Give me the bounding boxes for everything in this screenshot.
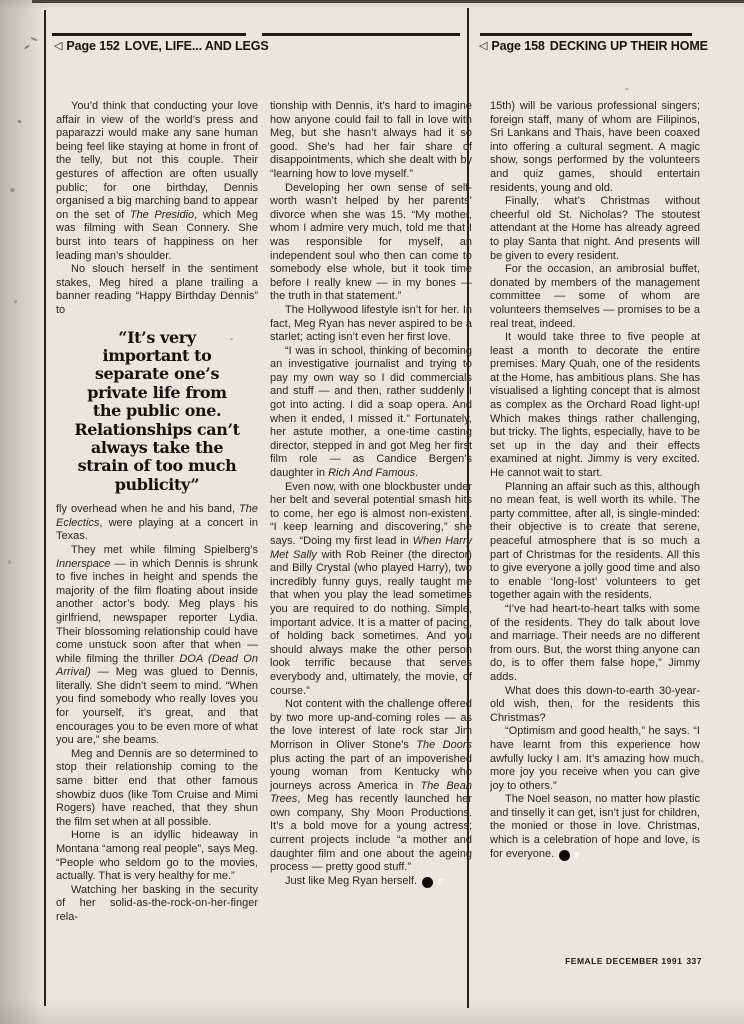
italic-title: DOA (Dead On Arrival) [56,653,258,679]
right-header-title: DECKING UP THEIR HOME [550,39,708,53]
scan-speck [625,88,629,90]
article-column-3: 15th) will be various professional singe… [490,100,700,861]
scan-corner-mark [24,44,30,49]
italic-title: The Eclectics [56,503,258,529]
paragraph: What does this down-to-earth 30-year-old… [490,685,700,726]
scan-speck [230,338,233,340]
scan-speck [10,188,15,192]
paragraph: The Noel season, no matter how plastic a… [490,793,700,861]
italic-title: Rich And Famous [328,467,415,479]
pull-quote: “It’s veryimportant toseparate one’spriv… [56,329,258,495]
paragraph: fly overhead when he and his band, The E… [56,503,258,544]
article-column-2: tionship with Dennis, it’s hard to imagi… [270,100,472,888]
paragraph: Meg and Dennis are so determined to stop… [56,748,258,830]
paragraph: Developing her own sense of self-worth w… [270,182,472,304]
italic-title: Innerspace [56,558,110,570]
paragraph: They met while filming Spielberg’s Inner… [56,544,258,748]
header-rule-right [480,33,692,36]
paragraph: Even now, with one blockbuster under her… [270,481,472,699]
paragraph: Watching her basking in the security of … [56,884,258,925]
article-end-mark-icon: F [422,877,433,888]
paragraph: You’d think that conducting your love af… [56,100,258,263]
footer-magazine-date: FEMALE DECEMBER 1991 [565,956,682,966]
paragraph: Just like Meg Ryan herself. F [270,875,472,889]
header-rule-middle [262,33,460,36]
page-back-arrow-icon: ◁ [479,40,487,52]
footer-page-number: 337 [686,956,702,966]
right-article-header: ◁Page 158DECKING UP THEIR HOME [479,39,708,53]
paragraph: Finally, what’s Christmas without cheerf… [490,195,700,263]
italic-title: The Bean Trees [270,780,472,806]
italic-title: When Harry Met Sally [270,535,472,561]
paragraph: Not content with the challenge offered b… [270,698,472,875]
pull-quote-line: important to [56,347,258,365]
pull-quote-line: private life from [56,384,258,402]
page-back-arrow-icon: ◁ [54,40,62,52]
scan-speck [18,120,21,123]
scan-speck [14,300,17,303]
left-header-page-label: Page 152 [66,39,119,53]
pull-quote-line: publicity” [56,476,258,494]
paragraph: It would take three to five people at le… [490,331,700,481]
pull-quote-line: “It’s very [56,329,258,347]
left-article-header: ◁Page 152LOVE, LIFE... AND LEGS [54,39,269,53]
paragraph: “Optimism and good health,” he says. “I … [490,725,700,793]
pull-quote-line: Relationships can’t [56,421,258,439]
paragraph: For the occasion, an ambrosial buffet, d… [490,263,700,331]
pull-quote-line: the public one. [56,402,258,420]
pull-quote-line: strain of too much [56,457,258,475]
paragraph: “I’ve had heart-to-heart talks with some… [490,603,700,685]
paragraph: Planning an affair such as this, althoug… [490,481,700,603]
scan-top-edge [32,0,744,3]
paragraph: No slouch herself in the sentiment stake… [56,263,258,317]
left-margin-rule [44,10,46,1006]
italic-title: The Doors [416,739,472,751]
italic-title: The Presidio [130,209,194,221]
article-column-1: You’d think that conducting your love af… [56,100,258,925]
page-footer: FEMALE DECEMBER 1991337 [470,956,702,966]
paragraph: “I was in school, thinking of becoming a… [270,345,472,481]
right-header-page-label: Page 158 [491,39,544,53]
paragraph: tionship with Dennis, it’s hard to imagi… [270,100,472,182]
paragraph: Home is an idyllic hideaway in Montana “… [56,829,258,883]
left-header-title: LOVE, LIFE... AND LEGS [125,39,269,53]
pull-quote-line: separate one’s [56,365,258,383]
scan-corner-mark [30,36,38,41]
scan-speck [72,201,74,203]
scan-speck [8,560,11,564]
paragraph: 15th) will be various professional singe… [490,100,700,195]
article-end-mark-icon: F [559,850,570,861]
scan-speck [700,760,704,763]
pull-quote-line: always take the [56,439,258,457]
header-rule-left [52,33,246,36]
paragraph: The Hollywood lifestyle isn’t for her. I… [270,304,472,345]
